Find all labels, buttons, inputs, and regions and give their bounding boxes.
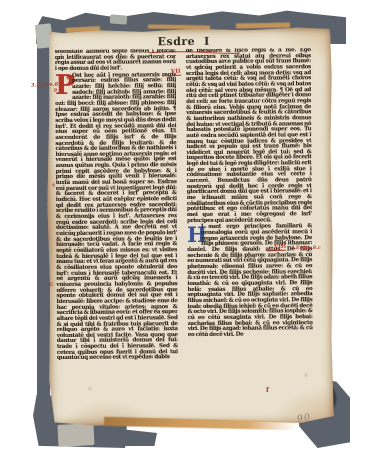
- photo-of-incunabulum-leaf: EsdreI solēnitatē azimorū septē diebus ī…: [0, 0, 370, 463]
- paragraph-ezra7: POst hec aūt ī regno artaxerxis regis pe…: [55, 73, 178, 362]
- paragraph-ezra8-text: I sunt ergo principes familiarū & geneal…: [187, 223, 313, 337]
- running-title: EsdreI: [41, 34, 327, 49]
- right-text-column: de thesauro & fisco regis & a me. Ego ar…: [186, 48, 313, 385]
- tape-remnant-top-center: [110, 14, 128, 24]
- manuscript-page: EsdreI solēnitatē azimorū septē diebus ī…: [46, 27, 335, 428]
- paragraph-ezra6-end: solēnitatē azimorū septē diebus ī letici…: [55, 49, 176, 72]
- left-text-column: solēnitatē azimorū septē diebus ī letici…: [55, 49, 178, 386]
- red-paraph-mark: C: [50, 283, 54, 288]
- red-guide-letter: p: [54, 88, 57, 93]
- margin-cross-reference-left: 3.Esdre.8.a: [31, 81, 64, 88]
- paragraph-ezra8: HI sunt ergo principes familiarū & genea…: [187, 224, 313, 338]
- handwritten-chapter-numeral-viii: VIII: [267, 244, 286, 252]
- blue-initial-H: H: [187, 225, 201, 244]
- red-paraph-mark: ¶: [52, 184, 55, 189]
- handwritten-chapter-numeral-vii: VII: [162, 69, 181, 77]
- running-title-numeral: I: [204, 35, 210, 48]
- red-quire-signature: f: [266, 386, 269, 394]
- text-block: solēnitatē azimorū septē diebus ī letici…: [55, 48, 313, 386]
- red-paraph-mark: ¶: [66, 77, 69, 82]
- paragraph-ezra7-text: Ost hec aūt ī regno artaxerxis regis per…: [55, 72, 178, 362]
- margin-cross-reference-right: 3.Esdre.8.c: [291, 246, 321, 251]
- running-title-text: Esdre: [158, 35, 196, 48]
- torn-paper-edge-scrap: [236, 23, 290, 29]
- tape-remnant-bottom-left: [57, 423, 94, 447]
- paragraph-ezra7-continued: de thesauro & fisco regis & a me. Ego ar…: [186, 48, 312, 224]
